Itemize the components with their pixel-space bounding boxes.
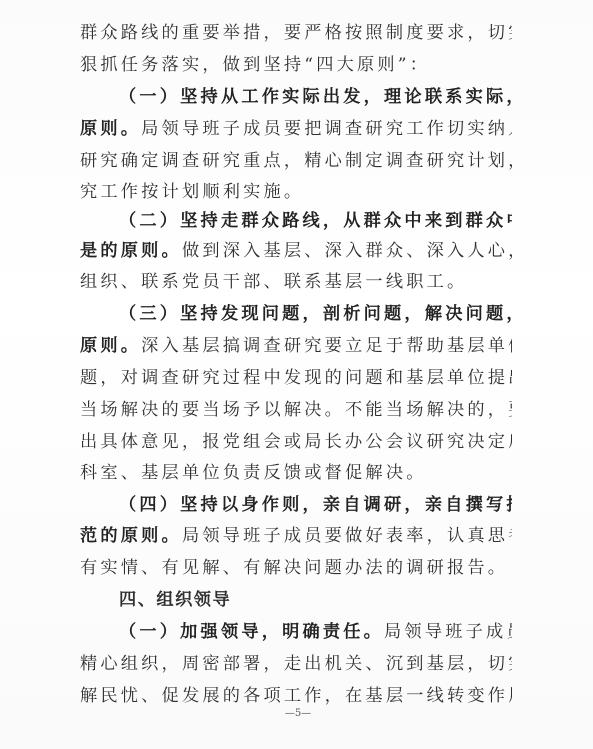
bold-segment: （一）加强领导，明确责任。 xyxy=(119,622,384,642)
text-segment: （三）坚持发现问题，剖析问题，解决问题，立足创新的 xyxy=(119,304,512,324)
text-segment: 有实情、有见解、有解决问题办法的调研报告。 xyxy=(80,558,508,578)
text-segment: 狠抓任务落实，做到坚持“四大原则”： xyxy=(80,55,430,75)
bold-segment: 原则。 xyxy=(80,336,141,356)
principle-3-heading: （三）坚持发现问题，剖析问题，解决问题，立足创新的 xyxy=(119,299,512,329)
text-segment: 群众路线的重要举措，要严格按照制度要求，切实转变作风， xyxy=(80,23,512,43)
text-line: 组织、联系党员干部、联系基层一线职工。 xyxy=(80,267,512,297)
text-line: （一）加强领导，明确责任。局领导班子成员要高度重视， xyxy=(119,617,512,647)
bold-segment: 原则。 xyxy=(80,119,141,139)
text-segment: 究工作按计划顺利实施。 xyxy=(80,182,304,202)
section-heading-organization: 四、组织领导 xyxy=(119,585,512,615)
text-segment: 组织、联系党员干部、联系基层一线职工。 xyxy=(80,272,467,292)
text-segment: 题，对调查研究过程中发现的问题和基层单位提出的问题，能 xyxy=(80,368,512,388)
text-segment: （四）坚持以身作则，亲自调研，亲自撰写报告，率先垂 xyxy=(119,495,512,515)
text-line: 原则。局领导班子成员要把调查研究工作切实纳入工作日程， xyxy=(80,114,512,144)
text-segment: 研究确定调查研究重点，精心制定调查研究计划，保证调查研 xyxy=(80,151,512,171)
text-line: 研究确定调查研究重点，精心制定调查研究计划，保证调查研 xyxy=(80,146,512,176)
text-segment: （二）坚持走群众路线，从群众中来到群众中去，实事求 xyxy=(119,211,512,231)
document-page: 群众路线的重要举措，要严格按照制度要求，切实转变作风， 狠抓任务落实，做到坚持“… xyxy=(0,0,593,749)
text-line: 群众路线的重要举措，要严格按照制度要求，切实转变作风， xyxy=(80,18,512,48)
principle-1-heading: （一）坚持从工作实际出发，理论联系实际，务求实效的 xyxy=(119,82,512,112)
text-line: 狠抓任务落实，做到坚持“四大原则”： xyxy=(80,50,512,80)
text-segment: 局领导班子成员要做好表率，认真思考分析，撰写 xyxy=(182,526,512,546)
text-segment: 做到深入基层、深入群众、深入人心，联系基层党 xyxy=(182,241,512,261)
text-segment: 解民忧、促发展的各项工作，在基层一线转变作风、树立形象、 xyxy=(80,686,512,706)
text-line: 究工作按计划顺利实施。 xyxy=(80,177,512,207)
text-line: 有实情、有见解、有解决问题办法的调研报告。 xyxy=(80,553,512,583)
text-line: 题，对调查研究过程中发现的问题和基层单位提出的问题，能 xyxy=(80,363,512,393)
text-segment: （一）坚持从工作实际出发，理论联系实际，务求实效的 xyxy=(119,87,512,107)
text-line: 范的原则。局领导班子成员要做好表率，认真思考分析，撰写 xyxy=(80,521,512,551)
text-line: 科室、基层单位负责反馈或督促解决。 xyxy=(80,458,512,488)
text-line: 当场解决的要当场予以解决。不能当场解决的，要抓紧研究提 xyxy=(80,395,512,425)
principle-4-heading: （四）坚持以身作则，亲自调研，亲自撰写报告，率先垂 xyxy=(119,490,512,520)
page-number: —5— xyxy=(280,708,316,719)
text-segment: 四、组织领导 xyxy=(119,590,231,610)
text-segment: 深入基层搞调查研究要立足于帮助基层单位解决实际问 xyxy=(141,336,512,356)
bold-segment: 是的原则。 xyxy=(80,241,182,261)
text-line: 出具体意见，报党组会或局长办公会议研究决定后，责成有关 xyxy=(80,427,512,457)
bold-segment: 范的原则。 xyxy=(80,526,182,546)
text-line: 原则。深入基层搞调查研究要立足于帮助基层单位解决实际问 xyxy=(80,331,512,361)
text-segment: 出具体意见，报党组会或局长办公会议研究决定后，责成有关 xyxy=(80,432,512,452)
text-segment: 当场解决的要当场予以解决。不能当场解决的，要抓紧研究提 xyxy=(80,400,512,420)
text-segment: 精心组织，周密部署，走出机关、沉到基层，切实做好访民情、 xyxy=(80,654,512,674)
principle-2-heading: （二）坚持走群众路线，从群众中来到群众中去，实事求 xyxy=(119,206,512,236)
text-line: 是的原则。做到深入基层、深入群众、深入人心，联系基层党 xyxy=(80,236,512,266)
text-segment: 科室、基层单位负责反馈或督促解决。 xyxy=(80,463,427,483)
text-line: 精心组织，周密部署，走出机关、沉到基层，切实做好访民情、 xyxy=(80,649,512,679)
text-segment: 局领导班子成员要把调查研究工作切实纳入工作日程， xyxy=(141,119,512,139)
text-segment: 局领导班子成员要高度重视， xyxy=(384,622,512,642)
text-line: 解民忧、促发展的各项工作，在基层一线转变作风、树立形象、 xyxy=(80,681,512,711)
